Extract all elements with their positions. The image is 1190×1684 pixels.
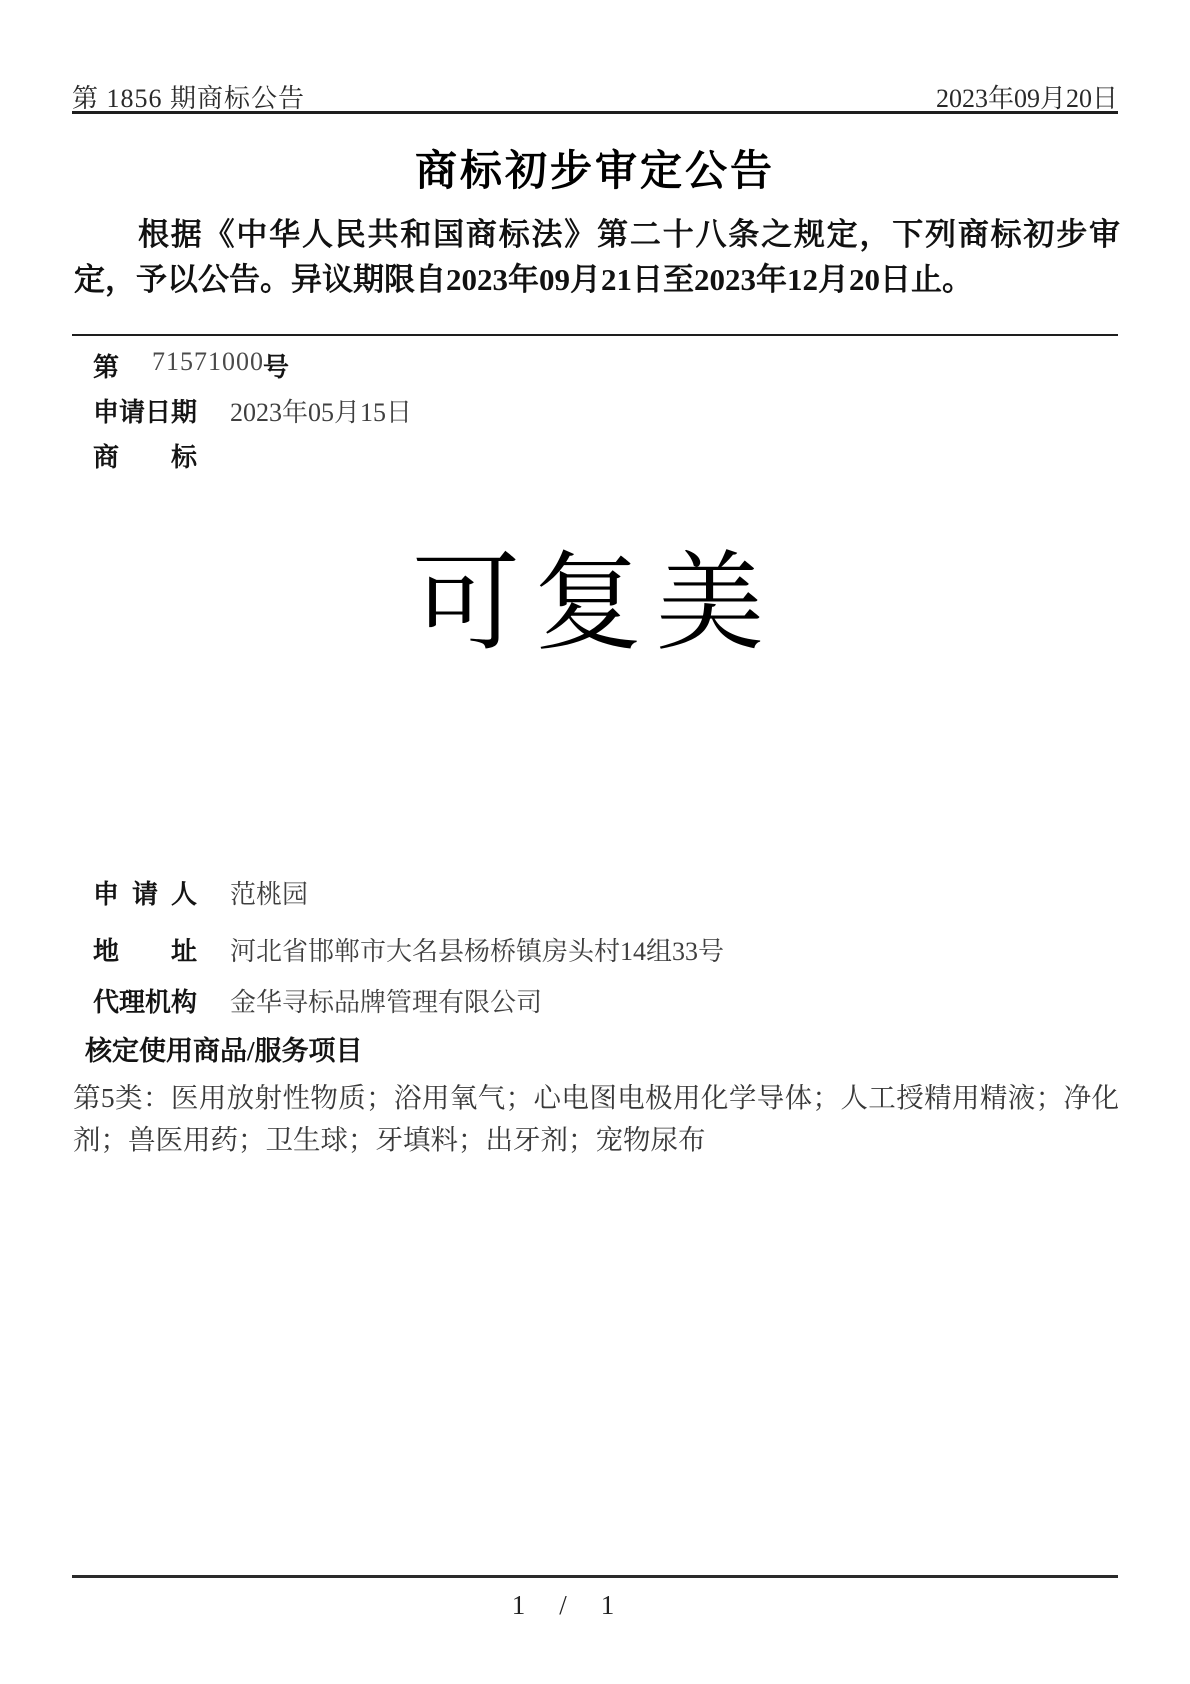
entry-divider	[72, 334, 1118, 336]
agency-value: 金华寻标品牌管理有限公司	[230, 982, 542, 1019]
gazette-date: 2023年09月20日	[936, 78, 1118, 115]
agency-row: 代理机构 金华寻标品牌管理有限公司	[0, 982, 1190, 1016]
reg-number-prefix: 第	[93, 347, 119, 384]
goods-services-list: 第5类：医用放射性物质；浴用氧气；心电图电极用化学导体；人工授精用精液；净化剂；…	[73, 1077, 1119, 1161]
goods-services-heading: 核定使用商品/服务项目	[85, 1029, 363, 1068]
address-value: 河北省邯郸市大名县杨桥镇房头村14组33号	[230, 931, 724, 968]
application-date-value: 2023年05月15日	[230, 392, 412, 429]
trademark-label-row: 商标	[0, 437, 1190, 471]
applicant-value: 范桃园	[230, 874, 308, 911]
page-number-current: 1	[512, 1590, 526, 1621]
header-divider	[72, 111, 1118, 114]
applicant-label: 申请人	[93, 874, 197, 911]
application-date-label: 申请日期	[93, 392, 197, 429]
trademark-label: 商标	[93, 437, 197, 474]
footer-divider	[72, 1575, 1118, 1578]
page-number: 1 / 1	[463, 1590, 663, 1621]
gazette-issue-label: 第 1856 期商标公告	[72, 78, 305, 115]
page-number-total: 1	[601, 1590, 615, 1621]
trademark-text: 可复美	[0, 546, 1190, 665]
address-label: 地址	[93, 931, 197, 968]
application-date-row: 申请日期 2023年05月15日	[0, 392, 1190, 426]
reg-number-value: 71571000	[152, 347, 264, 377]
registration-number-row: 第 71571000 号	[0, 347, 1190, 381]
agency-label: 代理机构	[93, 982, 197, 1019]
applicant-row: 申请人 范桃园	[0, 874, 1190, 908]
reg-number-suffix: 号	[263, 347, 289, 384]
page-number-separator: /	[559, 1590, 567, 1621]
intro-paragraph: 根据《中华人民共和国商标法》第二十八条之规定，下列商标初步审定，予以公告。异议期…	[74, 212, 1120, 302]
page-title: 商标初步审定公告	[0, 138, 1190, 198]
address-row: 地址 河北省邯郸市大名县杨桥镇房头村14组33号	[0, 931, 1190, 965]
